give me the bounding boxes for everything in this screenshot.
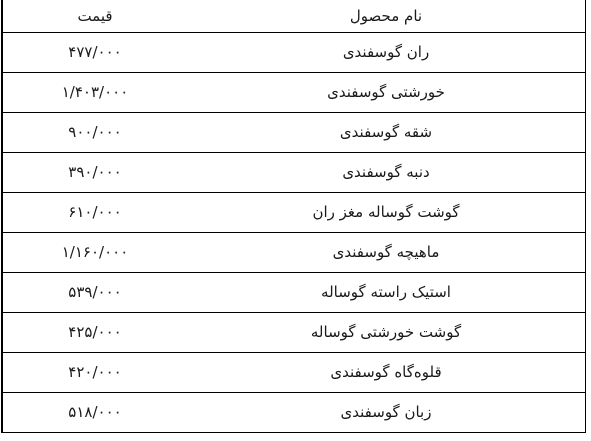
table-row: ۶۱۰/۰۰۰ گوشت گوساله مغز ران [2,193,585,233]
table-row: ۴۲۵/۰۰۰ گوشت خورشتی گوساله [2,313,585,353]
product-name-cell: خورشتی گوسفندی [187,73,585,112]
table-row: ۵۱۸/۰۰۰ زبان گوسفندی [2,393,585,433]
column-header-product: نام محصول [187,0,585,32]
price-cell: ۵۱۸/۰۰۰ [2,393,187,432]
table-row: ۴۷۷/۰۰۰ ران گوسفندی [2,33,585,73]
product-name-cell: زبان گوسفندی [187,393,585,432]
table-row: ۵۳۹/۰۰۰ استیک راسته گوساله [2,273,585,313]
product-name-cell: دنبه گوسفندی [187,153,585,192]
price-table-screen: قیمت نام محصول ۴۷۷/۰۰۰ ران گوسفندی ۱/۴۰۳… [0,0,591,441]
price-cell: ۳۹۰/۰۰۰ [2,153,187,192]
column-header-price: قیمت [2,0,187,32]
product-name-cell: ران گوسفندی [187,33,585,72]
table-row: ۳۹۰/۰۰۰ دنبه گوسفندی [2,153,585,193]
table-row: ۱/۱۶۰/۰۰۰ ماهیچه گوسفندی [2,233,585,273]
price-cell: ۶۱۰/۰۰۰ [2,193,187,232]
product-name-cell: استیک راسته گوساله [187,273,585,312]
table-row: ۹۰۰/۰۰۰ شقه گوسفندی [2,113,585,153]
price-cell: ۹۰۰/۰۰۰ [2,113,187,152]
table-header-row: قیمت نام محصول [2,0,585,33]
product-name-cell: ماهیچه گوسفندی [187,233,585,272]
price-cell: ۴۷۷/۰۰۰ [2,33,187,72]
table-row: ۱/۴۰۳/۰۰۰ خورشتی گوسفندی [2,73,585,113]
product-name-cell: گوشت گوساله مغز ران [187,193,585,232]
product-name-cell: گوشت خورشتی گوساله [187,313,585,352]
table-row: ۴۲۰/۰۰۰ قلوه‌گاه گوسفندی [2,353,585,393]
product-name-cell: شقه گوسفندی [187,113,585,152]
price-cell: ۱/۴۰۳/۰۰۰ [2,73,187,112]
price-cell: ۵۳۹/۰۰۰ [2,273,187,312]
price-cell: ۴۲۵/۰۰۰ [2,313,187,352]
price-table: قیمت نام محصول ۴۷۷/۰۰۰ ران گوسفندی ۱/۴۰۳… [1,0,586,433]
product-name-cell: قلوه‌گاه گوسفندی [187,353,585,392]
price-cell: ۴۲۰/۰۰۰ [2,353,187,392]
price-cell: ۱/۱۶۰/۰۰۰ [2,233,187,272]
